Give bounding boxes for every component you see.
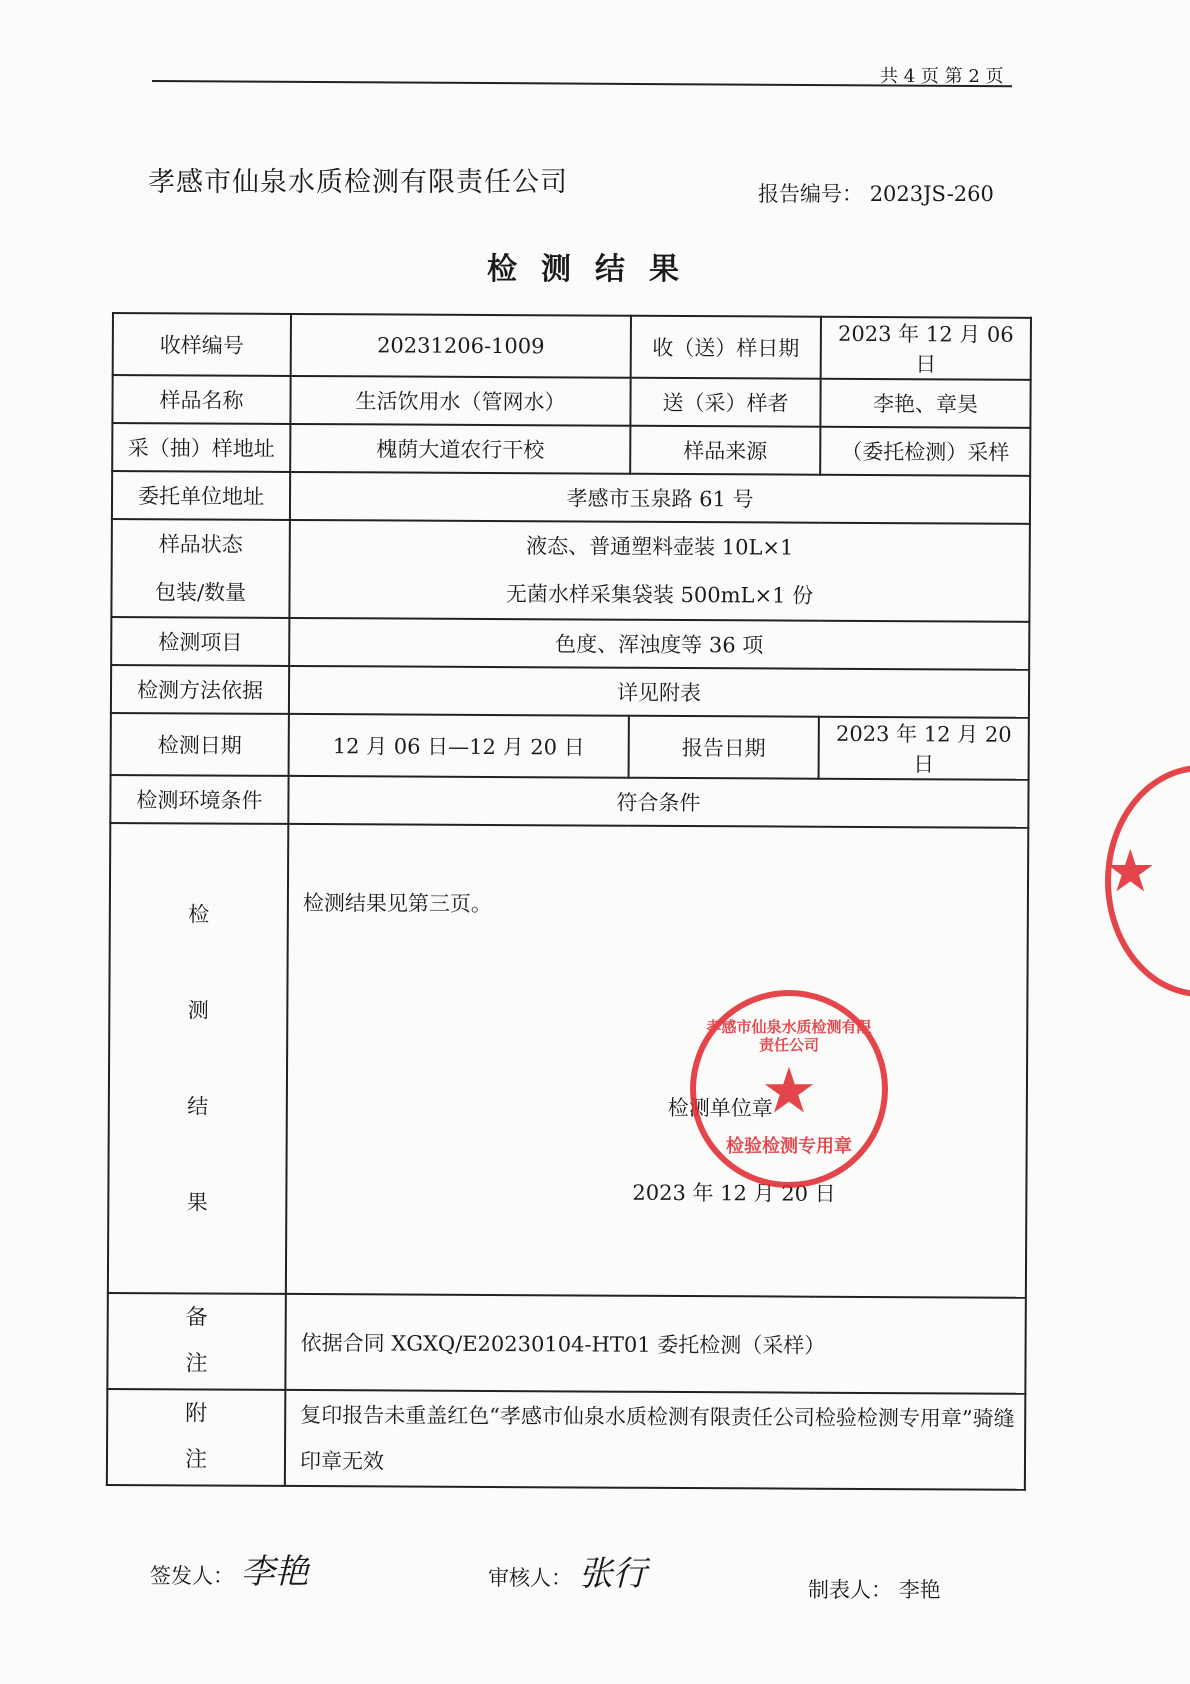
env: 符合条件 [288,776,1028,828]
sample-no-label: 收样编号 [113,313,291,376]
sender-label: 送（采）样者 [630,378,820,427]
note-label-char: 附 [112,1391,280,1438]
note: 复印报告未重盖红色“孝感市仙泉水质检测有限责任公司检验检测专用章”骑缝印章无效 [285,1390,1025,1490]
result-cell: 检测结果见第三页。 检测单位章 2023 年 12 月 20 日 [286,824,1028,1298]
result-label-char: 测 [114,962,283,1059]
sample-name: 生活饮用水（管网水） [290,376,630,426]
sample-state: 液态、普通塑料壶装 10L×1 无菌水样采集袋装 500mL×1 份 [289,520,1030,622]
report-table: 收样编号 20231206-1009 收（送）样日期 2023 年 12 月 0… [106,312,1032,1491]
method: 详见附表 [289,666,1029,718]
sample-state-labels: 样品状态 包装/数量 [111,519,290,618]
test-items-label: 检测项目 [111,617,289,666]
receive-date: 2023 年 12 月 06 日 [821,317,1031,380]
sender: 李艳、章昊 [820,379,1030,428]
result-label-char: 果 [113,1154,282,1251]
seal-bottom-text: 检验检测专用章 [696,1132,882,1158]
remark-label: 备 注 [107,1293,286,1390]
test-date-label: 检测日期 [111,713,289,776]
reviewer-label: 审核人： [488,1566,572,1590]
sample-source: （委托检测）采样 [820,427,1030,476]
sample-state-line1: 液态、普通塑料壶装 10L×1 [295,521,1025,573]
preparer: 制表人： 李艳 [808,1574,941,1604]
result-label: 检 测 结 果 [108,823,288,1294]
sampling-address: 槐荫大道农行干校 [290,424,630,474]
page-title: 检测结果 [0,244,1190,288]
sample-state-line2: 无菌水样采集袋装 500mL×1 份 [294,569,1024,621]
issuer: 签发人： 李艳 [150,1544,309,1593]
preparer-name: 李艳 [899,1578,941,1602]
test-items: 色度、浑浊度等 36 项 [289,618,1029,670]
note-label: 附 注 [107,1389,286,1486]
sampling-address-label: 采（抽）样地址 [112,423,290,472]
sample-source-label: 样品来源 [630,426,820,475]
report-number: 报告编号： 2023JS-260 [758,178,994,208]
official-seal: 孝感市仙泉水质检测有限责任公司 ★ 检验检测专用章 [690,990,888,1188]
test-date: 12 月 06 日—12 月 20 日 [289,714,629,778]
report-number-value: 2023JS-260 [870,182,994,206]
remark: 依据合同 XGXQ/E20230104-HT01 委托检测（采样） [285,1294,1025,1394]
remark-label-char: 备 [113,1295,281,1342]
remark-label-char: 注 [112,1341,280,1388]
reviewer: 审核人： 张行 [488,1546,647,1595]
result-text: 检测结果见第三页。 [303,887,1023,921]
sample-name-label: 样品名称 [112,375,290,424]
issuer-label: 签发人： [150,1564,234,1588]
report-date: 2023 年 12 月 20 日 [819,717,1029,780]
sample-no: 20231206-1009 [291,314,631,378]
report-number-label: 报告编号： [758,182,863,206]
report-date-label: 报告日期 [629,716,819,779]
client-address: 孝感市玉泉路 61 号 [290,472,1030,524]
note-label-char: 注 [112,1437,280,1484]
preparer-label: 制表人： [808,1578,892,1602]
package-label: 包装/数量 [116,568,284,617]
seam-seal: ★ [1105,765,1190,997]
env-label: 检测环境条件 [110,775,288,824]
receive-date-label: 收（送）样日期 [631,316,821,379]
page-info: 共 4 页 第 2 页 [880,62,1004,88]
client-address-label: 委托单位地址 [112,471,290,520]
method-label: 检测方法依据 [111,665,289,714]
star-icon: ★ [696,1058,882,1124]
result-label-char: 结 [114,1058,283,1155]
star-icon: ★ [1107,841,1154,902]
issuer-signature: 李艳 [241,1552,309,1592]
result-label-char: 检 [115,866,284,963]
company-name: 孝感市仙泉水质检测有限责任公司 [148,160,568,199]
reviewer-signature: 张行 [579,1554,647,1594]
seal-ring-text: 孝感市仙泉水质检测有限责任公司 [706,1018,872,1054]
sample-state-label: 样品状态 [117,520,285,569]
